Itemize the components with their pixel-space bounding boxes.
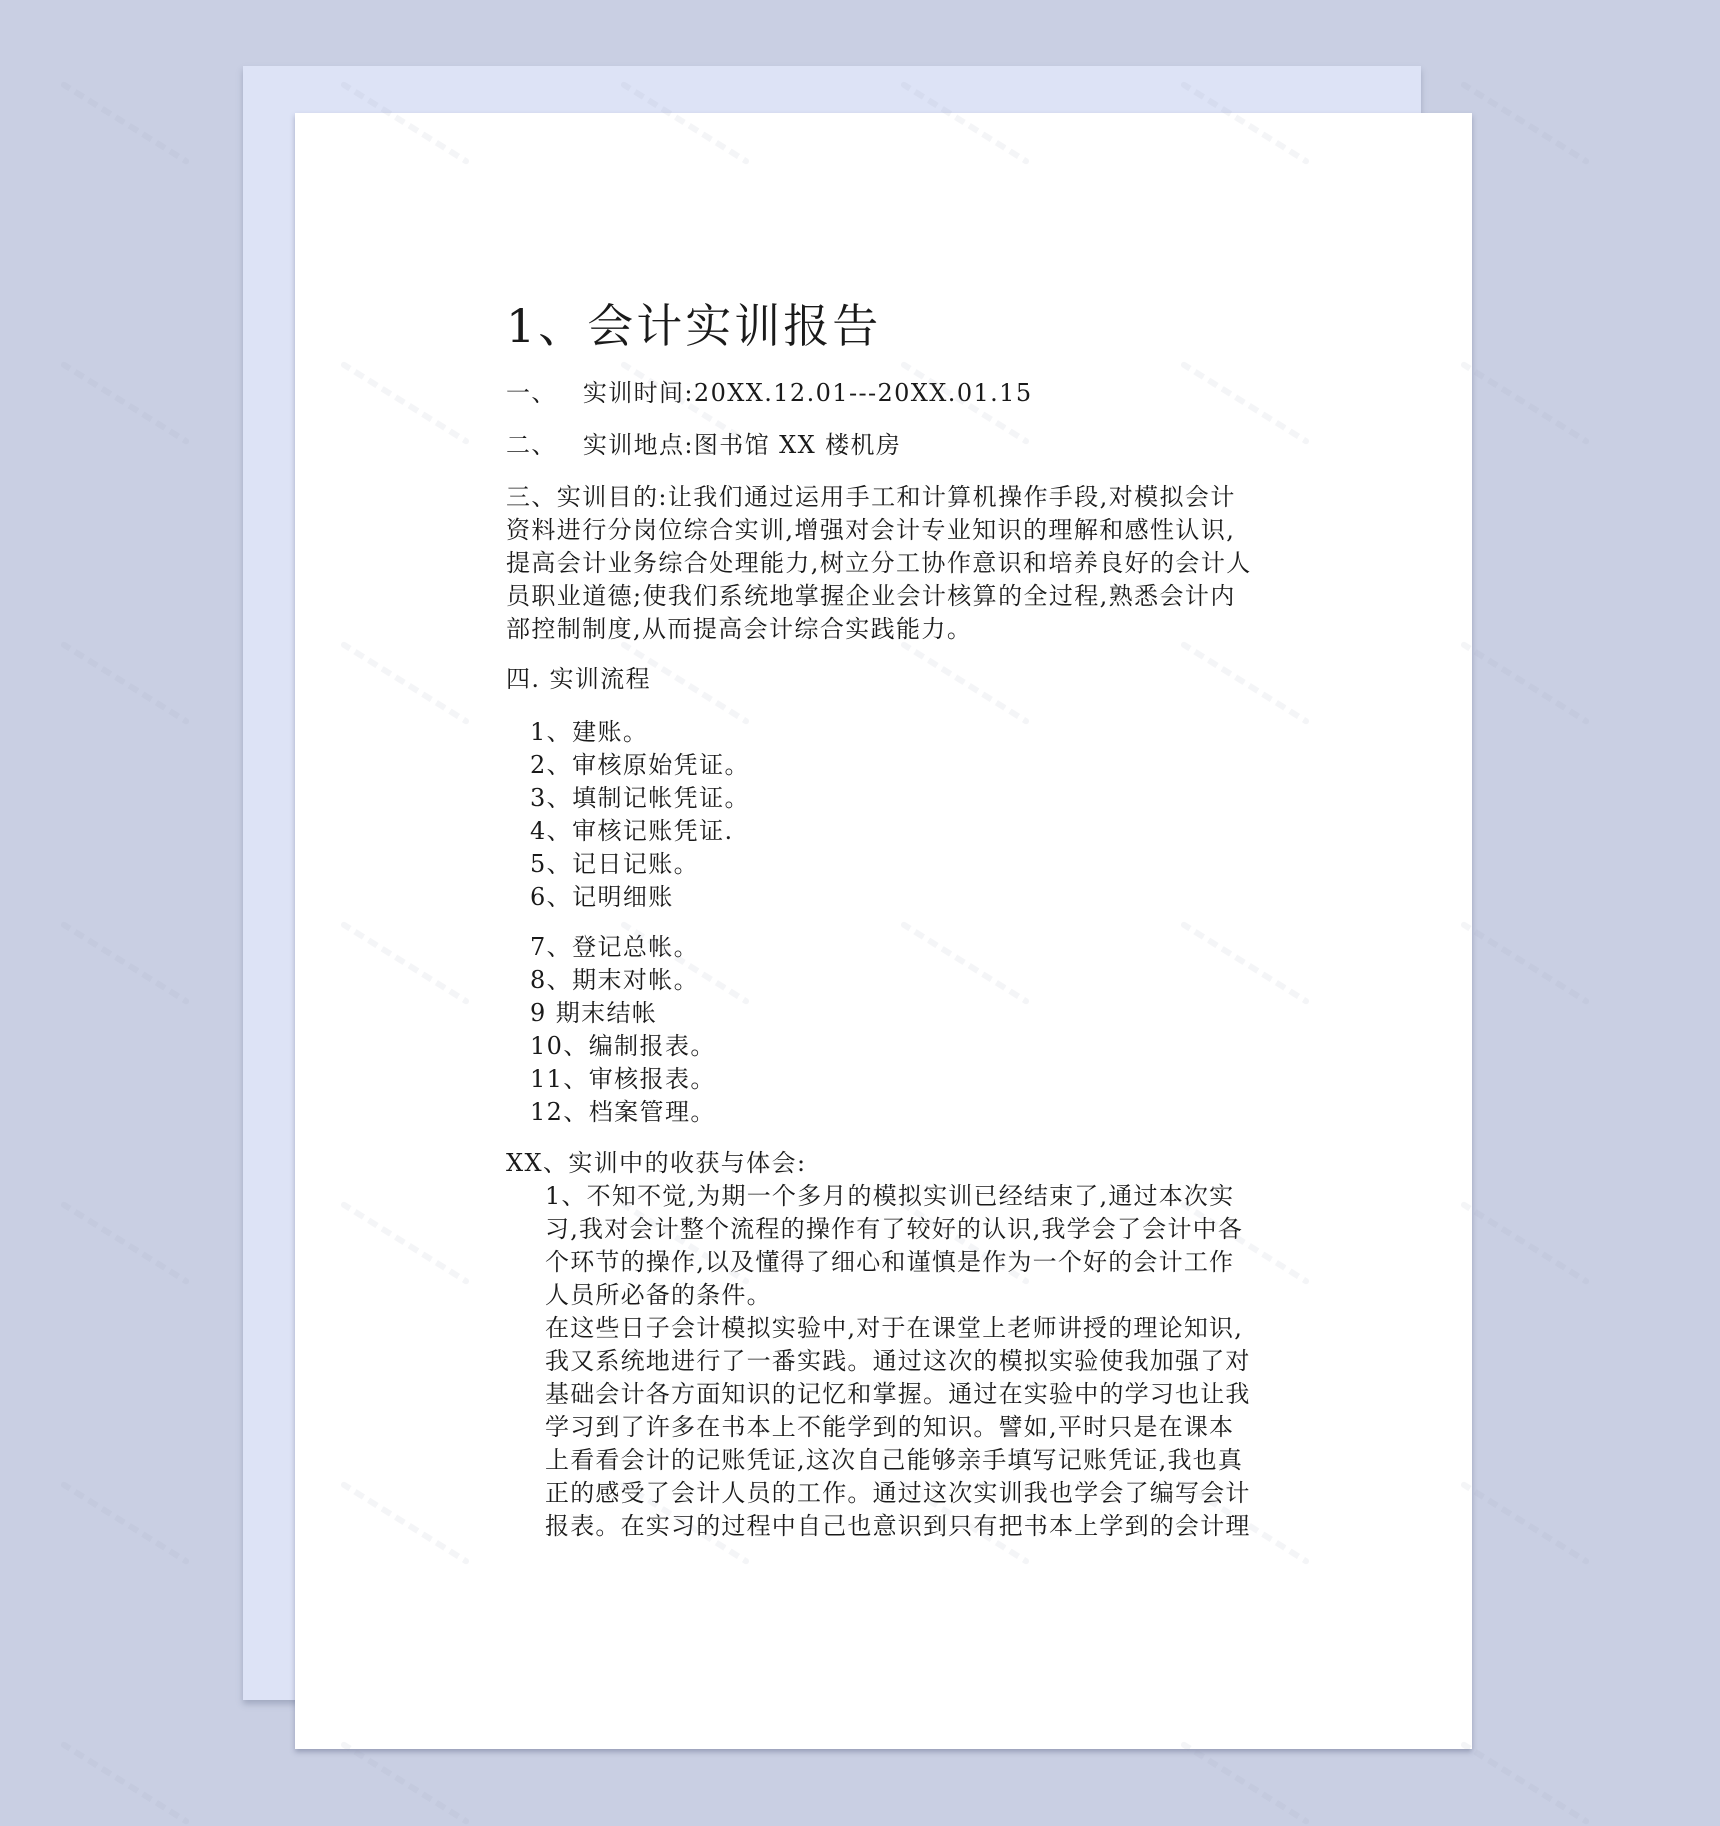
- list-item: 7、登记总帐。: [530, 931, 716, 964]
- paragraph-line: 基础会计各方面知识的记忆和掌握。通过在实验中的学习也让我: [545, 1378, 1265, 1411]
- place-line-text: 实训地点:图书馆 XX 楼机房: [583, 431, 902, 459]
- document-page: 1、会计实训报告 一、实训时间:20XX.12.01---20XX.01.15 …: [295, 113, 1472, 1749]
- watermark-mark: [1460, 921, 1590, 1006]
- paragraph-line: 人员所必备的条件。: [545, 1279, 1265, 1312]
- time-line-num: 一、: [506, 379, 557, 407]
- purpose-paragraph: 三、实训目的:让我们通过运用手工和计算机操作手段,对模拟会计 资料进行分岗位综合…: [506, 481, 1258, 646]
- paragraph-line: 部控制制度,从而提高会计综合实践能力。: [506, 613, 1258, 646]
- process-list-a: 1、建账。 2、审核原始凭证。 3、填制记帐凭证。 4、审核记账凭证. 5、记日…: [530, 716, 750, 914]
- watermark-mark: [60, 1201, 190, 1286]
- watermark-mark: [1460, 81, 1590, 166]
- list-item: 11、审核报表。: [530, 1063, 716, 1096]
- time-line-text: 实训时间:20XX.12.01---20XX.01.15: [583, 379, 1033, 407]
- watermark-mark: [60, 921, 190, 1006]
- list-item: 8、期末对帐。: [530, 964, 716, 997]
- watermark-mark: [60, 1741, 190, 1826]
- watermark-mark: [1460, 361, 1590, 446]
- watermark-mark: [1460, 1741, 1590, 1826]
- watermark-mark: [60, 81, 190, 166]
- watermark-mark: [1460, 1201, 1590, 1286]
- paragraph-line: 我又系统地进行了一番实践。通过这次的模拟实验使我加强了对: [545, 1345, 1265, 1378]
- paragraph-line: 正的感受了会计人员的工作。通过这次实训我也学会了编写会计: [545, 1477, 1265, 1510]
- gains-heading: XX、实训中的收获与体会:: [506, 1147, 806, 1180]
- place-line-num: 二、: [506, 431, 557, 459]
- list-item: 2、审核原始凭证。: [530, 749, 750, 782]
- list-item: 6、记明细账: [530, 881, 750, 914]
- watermark-mark: [60, 641, 190, 726]
- process-heading: 四. 实训流程: [506, 663, 651, 696]
- time-line: 一、实训时间:20XX.12.01---20XX.01.15: [506, 377, 1033, 410]
- watermark-mark: [60, 361, 190, 446]
- paragraph-line: 上看看会计的记账凭证,这次自己能够亲手填写记账凭证,我也真: [545, 1444, 1265, 1477]
- paragraph-line: 三、实训目的:让我们通过运用手工和计算机操作手段,对模拟会计: [506, 481, 1258, 514]
- paragraph-line: 提高会计业务综合处理能力,树立分工协作意识和培养良好的会计人: [506, 547, 1258, 580]
- watermark-mark: [1460, 1481, 1590, 1566]
- watermark-mark: [1180, 1741, 1310, 1826]
- document-title: 1、会计实训报告: [506, 303, 881, 349]
- gains-paragraph: 1、不知不觉,为期一个多月的模拟实训已经结束了,通过本次实 习,我对会计整个流程…: [545, 1180, 1265, 1543]
- list-item: 5、记日记账。: [530, 848, 750, 881]
- watermark-mark: [60, 1481, 190, 1566]
- paragraph-line: 报表。在实习的过程中自己也意识到只有把书本上学到的会计理: [545, 1510, 1265, 1543]
- list-item: 9 期末结帐: [530, 997, 716, 1030]
- process-list-b: 7、登记总帐。 8、期末对帐。 9 期末结帐 10、编制报表。 11、审核报表。…: [530, 931, 716, 1129]
- paragraph-line: 学习到了许多在书本上不能学到的知识。譬如,平时只是在课本: [545, 1411, 1265, 1444]
- paragraph-line: 习,我对会计整个流程的操作有了较好的认识,我学会了会计中各: [545, 1213, 1265, 1246]
- list-item: 3、填制记帐凭证。: [530, 782, 750, 815]
- paragraph-line: 个环节的操作,以及懂得了细心和谨慎是作为一个好的会计工作: [545, 1246, 1265, 1279]
- place-line: 二、实训地点:图书馆 XX 楼机房: [506, 429, 901, 462]
- list-item: 10、编制报表。: [530, 1030, 716, 1063]
- list-item: 1、建账。: [530, 716, 750, 749]
- list-item: 4、审核记账凭证.: [530, 815, 750, 848]
- watermark-mark: [1460, 641, 1590, 726]
- paragraph-line: 资料进行分岗位综合实训,增强对会计专业知识的理解和感性认识,: [506, 514, 1258, 547]
- paragraph-line: 在这些日子会计模拟实验中,对于在课堂上老师讲授的理论知识,: [545, 1312, 1265, 1345]
- paragraph-line: 员职业道德;使我们系统地掌握企业会计核算的全过程,熟悉会计内: [506, 580, 1258, 613]
- paragraph-line: 1、不知不觉,为期一个多月的模拟实训已经结束了,通过本次实: [545, 1180, 1265, 1213]
- list-item: 12、档案管理。: [530, 1096, 716, 1129]
- watermark-mark: [340, 1741, 470, 1826]
